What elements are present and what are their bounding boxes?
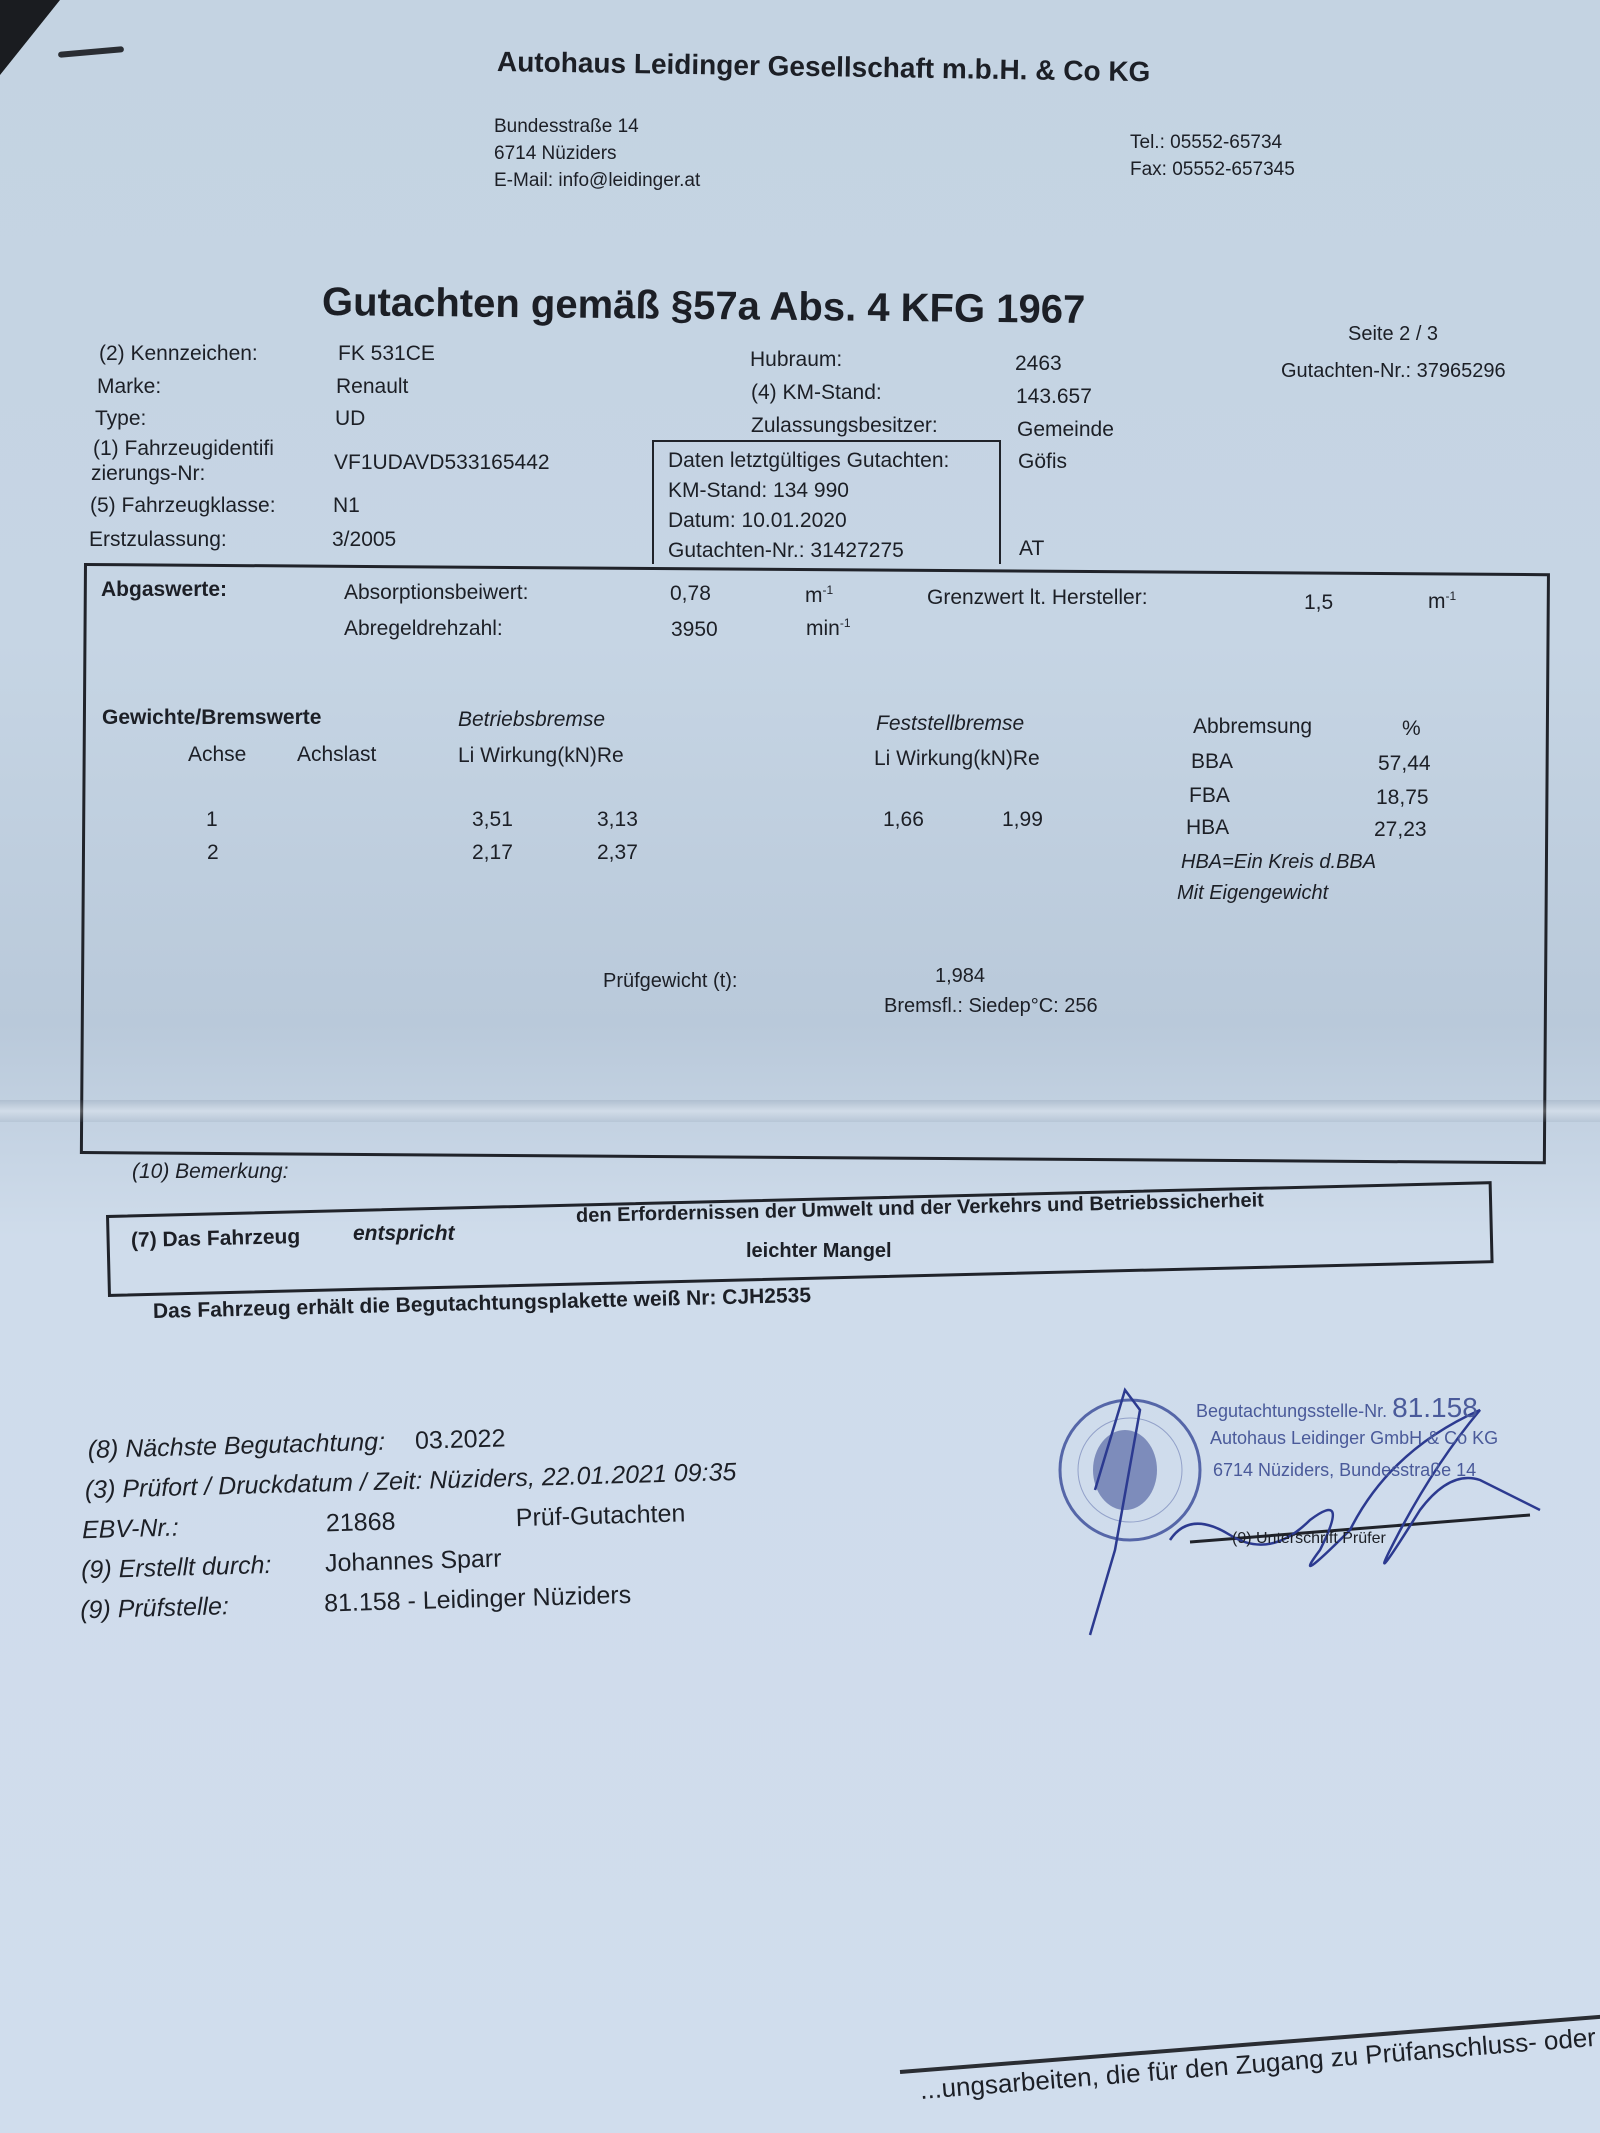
previous-report-date: Datum: 10.01.2020	[668, 506, 949, 536]
col-service-effect: Li Wirkung(kN)Re	[458, 744, 624, 768]
axle-2: 2	[207, 841, 219, 865]
fax: Fax: 05552-657345	[1130, 156, 1295, 183]
email: E-Mail: info@leidinger.at	[494, 167, 700, 194]
ebv-value: 21868	[325, 1498, 516, 1543]
street: Bundesstraße 14	[494, 113, 700, 140]
next-inspection-label: (8) Nächste Begutachtung:	[87, 1428, 385, 1464]
previous-report: Daten letztgültiges Gutachten: KM-Stand:…	[668, 446, 949, 566]
result-prefix: (7) Das Fahrzeug	[131, 1225, 301, 1253]
signature-label: (9) Unterschrift Prüfer	[1232, 1530, 1386, 1548]
brake-fluid: Bremsfl.: Siedep°C: 256	[884, 995, 1098, 1018]
footer-block: (8) Nächste Begutachtung:03.2022 (3) Prü…	[87, 1412, 740, 1630]
value-owner-1: Gemeinde	[1017, 418, 1114, 442]
report-number: Gutachten-Nr.: 37965296	[1281, 360, 1506, 383]
service-brake-heading: Betriebsbremse	[458, 708, 605, 732]
page-number: Seite 2 / 3	[1348, 323, 1438, 346]
hba-value: 27,23	[1374, 818, 1427, 842]
next-inspection-value: 03.2022	[415, 1424, 506, 1455]
label-class: (5) Fahrzeugklasse:	[90, 494, 276, 518]
hba-label: HBA	[1186, 816, 1229, 840]
label-first-registration: Erstzulassung:	[89, 528, 227, 552]
axle-1-parking-li: 1,66	[883, 808, 924, 832]
label-mileage: (4) KM-Stand:	[751, 381, 882, 405]
value-class: N1	[333, 494, 360, 518]
absorption-unit: m-1	[805, 583, 833, 608]
col-axle-load: Achslast	[297, 743, 376, 767]
axle-1-parking-re: 1,99	[1002, 808, 1043, 832]
col-parking-effect: Li Wirkung(kN)Re	[874, 747, 1040, 771]
test-weight-label: Prüfgewicht (t):	[603, 970, 737, 993]
axle-1-service-li: 3,51	[472, 808, 513, 832]
station-value: 81.158 - Leidinger Nüziders	[324, 1581, 632, 1618]
limit-label: Grenzwert lt. Hersteller:	[927, 586, 1148, 610]
city: 6714 Nüziders	[494, 140, 700, 167]
deceleration-percent: %	[1402, 717, 1421, 741]
page-title: Gutachten gemäß §57a Abs. 4 KFG 1967	[322, 280, 1086, 333]
ebv-type: Prüf-Gutachten	[515, 1499, 685, 1532]
value-mileage: 143.657	[1016, 385, 1092, 409]
value-first-registration: 3/2005	[332, 528, 396, 552]
axle-1-service-re: 3,13	[597, 808, 638, 832]
station-label: (9) Prüfstelle:	[80, 1583, 325, 1630]
value-type: UD	[335, 407, 365, 431]
value-make: Renault	[336, 375, 408, 399]
fba-label: FBA	[1189, 784, 1230, 808]
created-by-value: Johannes Sparr	[325, 1545, 502, 1578]
previous-report-km: KM-Stand: 134 990	[668, 476, 949, 506]
label-owner: Zulassungsbesitzer:	[751, 414, 938, 438]
label-displacement: Hubraum:	[750, 348, 842, 372]
value-owner-2: Göfis	[1018, 450, 1067, 474]
rpm-label: Abregeldrehzahl:	[344, 617, 503, 641]
col-axle: Achse	[188, 743, 246, 767]
company-contact: Tel.: 05552-65734 Fax: 05552-657345	[1130, 129, 1295, 183]
value-owner-country: AT	[1019, 537, 1044, 561]
deceleration-heading: Abbremsung	[1193, 715, 1312, 739]
axle-2-service-li: 2,17	[472, 841, 513, 865]
label-type: Type:	[95, 407, 146, 431]
label-make: Marke:	[97, 375, 161, 399]
bba-label: BBA	[1191, 750, 1233, 774]
value-displacement: 2463	[1015, 352, 1062, 376]
label-vin-1: (1) Fahrzeugidentifi	[93, 437, 274, 461]
paper-fold	[0, 1100, 1600, 1122]
previous-report-number: Gutachten-Nr.: 31427275	[668, 536, 949, 566]
absorption-label: Absorptionsbeiwert:	[344, 581, 528, 605]
result-defect: leichter Mangel	[746, 1240, 892, 1263]
value-plate: FK 531CE	[338, 342, 435, 366]
test-weight-value: 1,984	[935, 965, 985, 988]
label-plate: (2) Kennzeichen:	[99, 342, 258, 366]
remarks-label: (10) Bemerkung:	[132, 1160, 288, 1184]
weight-note: Mit Eigengewicht	[1177, 882, 1328, 905]
fba-value: 18,75	[1376, 786, 1429, 810]
stamp-line-2: Autohaus Leidinger GmbH & Co KG	[1210, 1428, 1498, 1449]
telephone: Tel.: 05552-65734	[1130, 129, 1295, 156]
limit-value: 1,5	[1304, 591, 1333, 615]
created-by-label: (9) Erstellt durch:	[81, 1543, 326, 1590]
label-vin-2: zierungs-Nr:	[91, 462, 205, 486]
company-address: Bundesstraße 14 6714 Nüziders E-Mail: in…	[494, 113, 700, 194]
axle-1: 1	[206, 808, 218, 832]
result-verdict: entspricht	[353, 1222, 455, 1246]
stamp-line-1: Begutachtungsstelle-Nr. 81.158	[1196, 1392, 1478, 1424]
stamp-line-3: 6714 Nüziders, Bundesstraße 14	[1213, 1460, 1476, 1481]
brakes-heading: Gewichte/Bremswerte	[102, 706, 321, 730]
bba-value: 57,44	[1378, 752, 1431, 776]
limit-unit: m-1	[1428, 589, 1456, 614]
ebv-label: EBV-Nr.:	[81, 1503, 326, 1550]
emissions-heading: Abgaswerte:	[101, 578, 227, 602]
hba-note: HBA=Ein Kreis d.BBA	[1181, 851, 1376, 874]
parking-brake-heading: Feststellbremse	[876, 712, 1024, 736]
previous-report-heading: Daten letztgültiges Gutachten:	[668, 446, 949, 476]
rpm-value: 3950	[671, 618, 718, 642]
axle-2-service-re: 2,37	[597, 841, 638, 865]
rpm-unit: min-1	[806, 616, 851, 641]
value-vin: VF1UDAVD533165442	[334, 451, 550, 475]
absorption-value: 0,78	[670, 582, 711, 606]
